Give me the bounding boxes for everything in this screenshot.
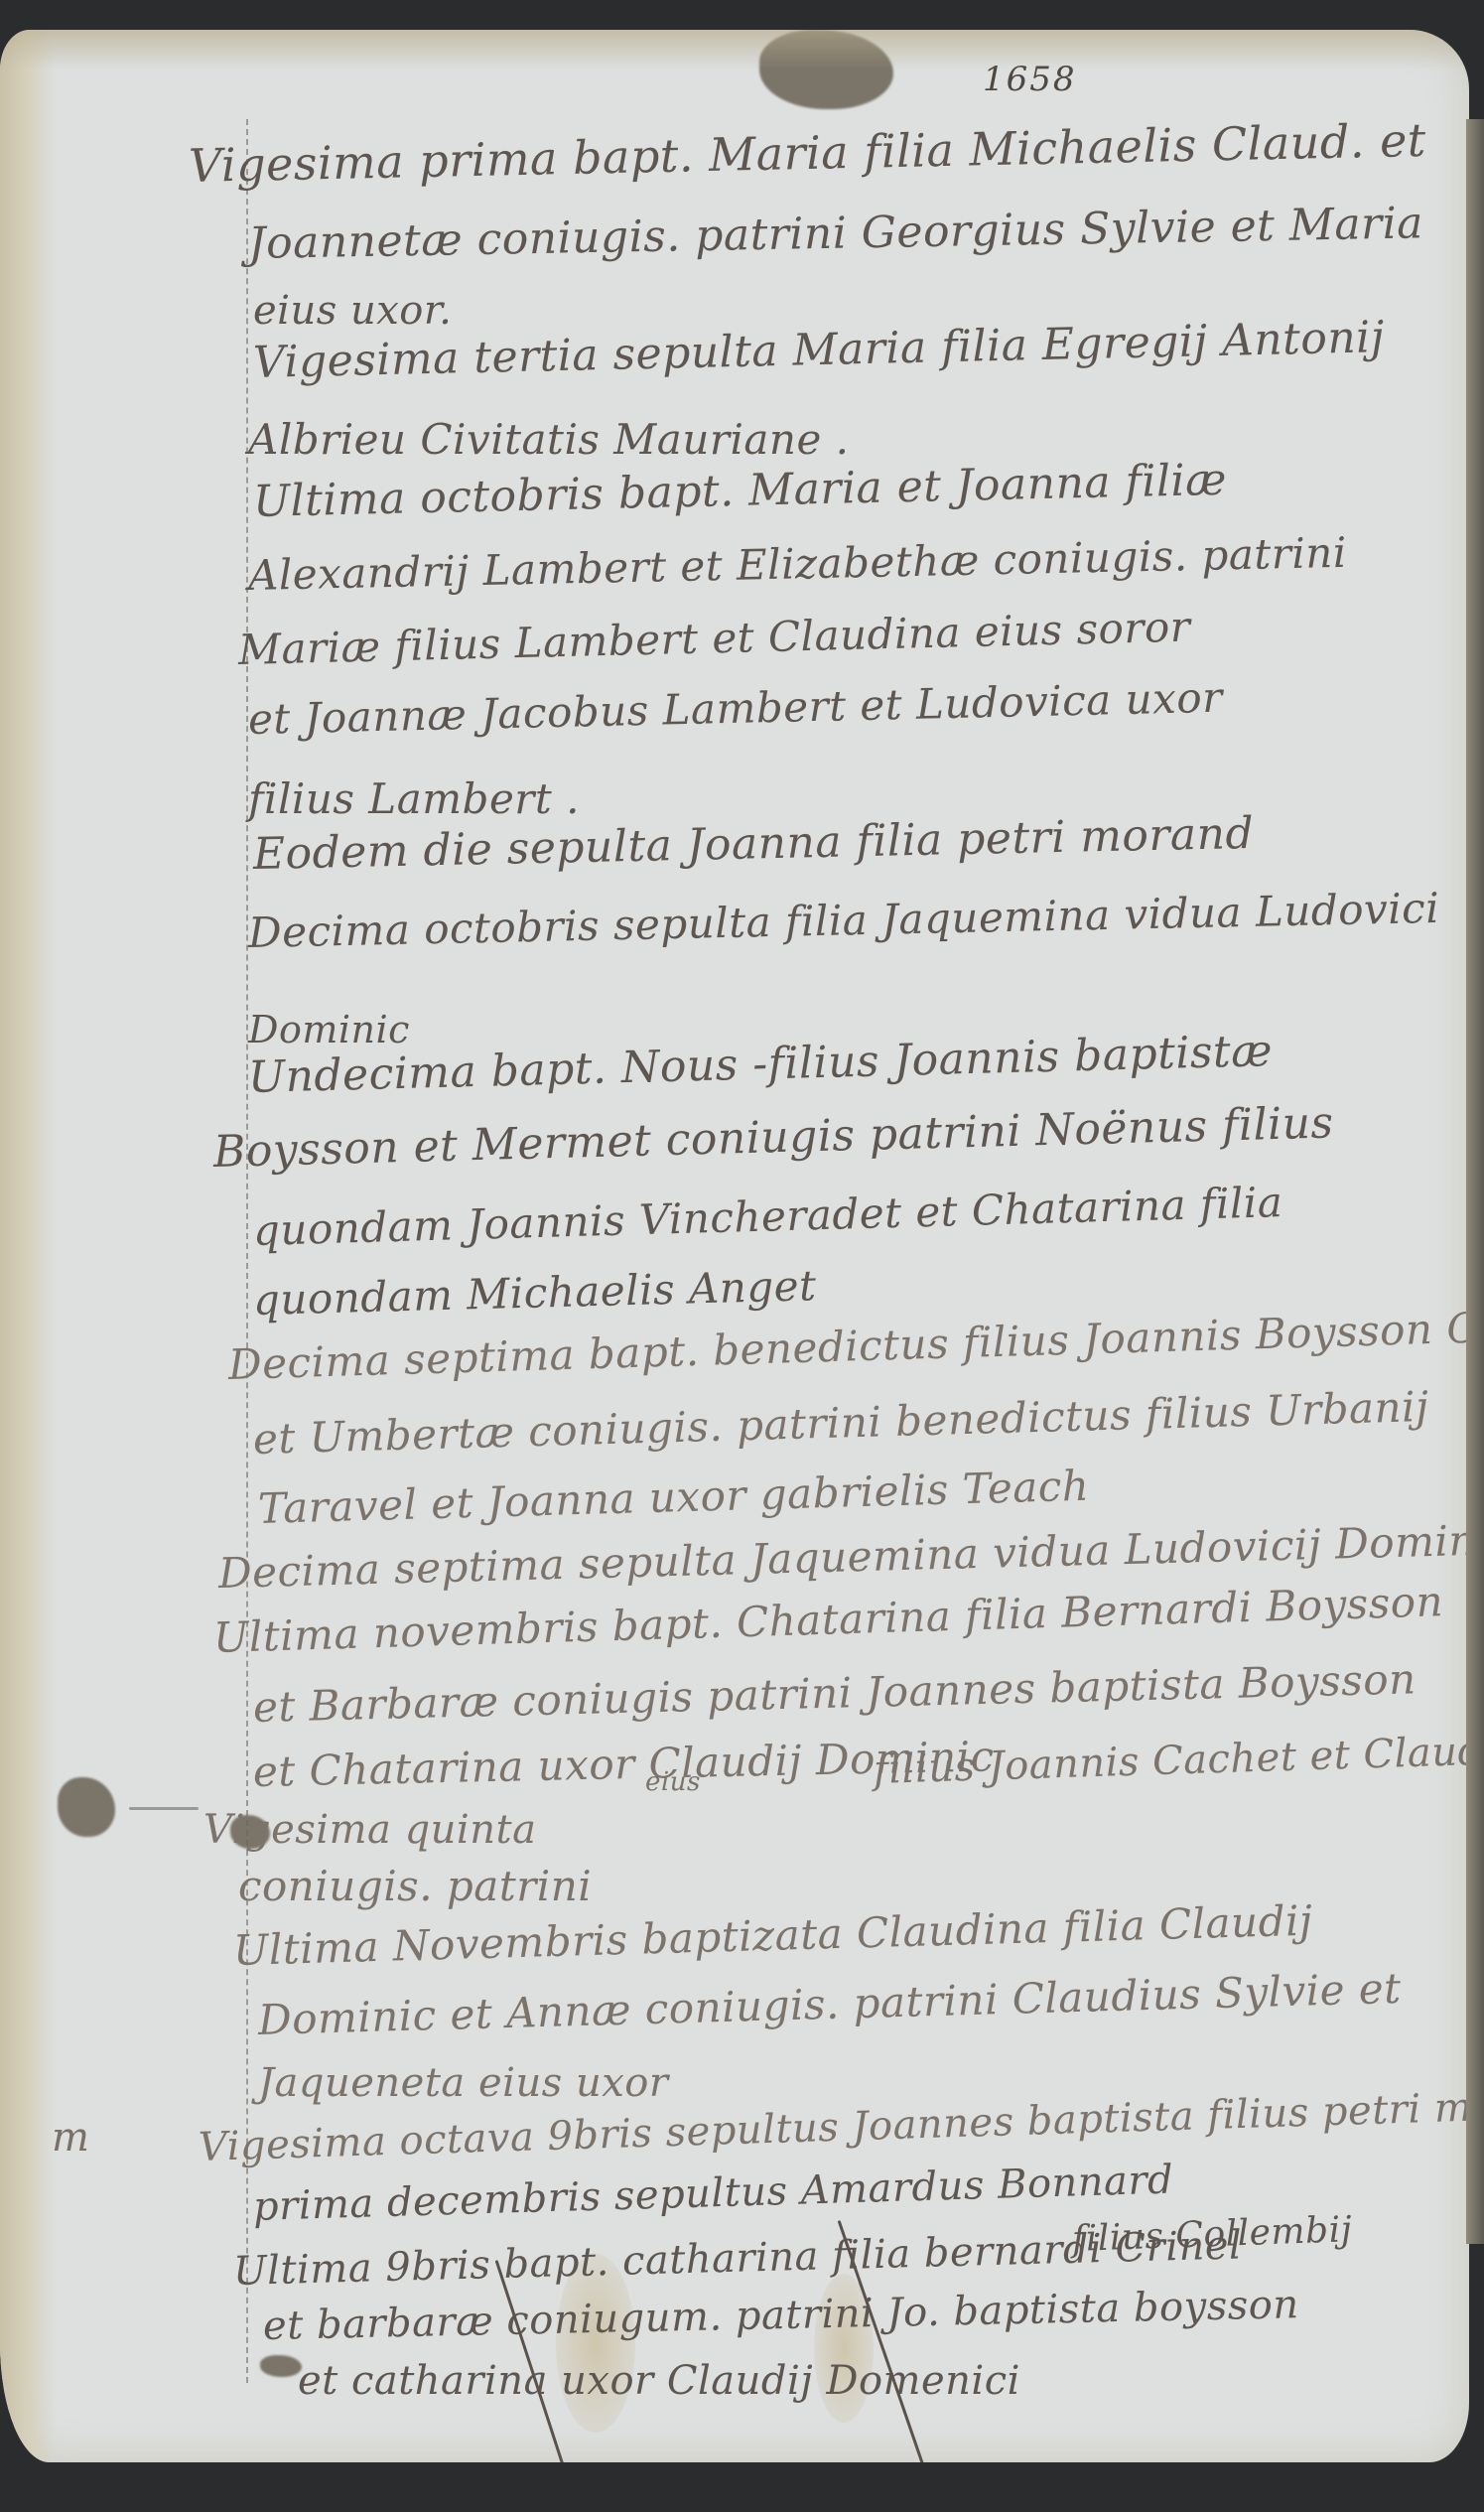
entry-line: Boysson et Mermet coniugis patrini Noënu… (212, 1097, 1334, 1178)
entry-line: quondam Michaelis Anget (252, 1261, 817, 1325)
ink-blot-margin (58, 1777, 115, 1837)
entry-line: Jaqueneta eius uxor (258, 2060, 668, 2106)
scanned-register-page: 1658 m Vigesima prima bapt. Maria filia … (0, 0, 1484, 2512)
entry-line: filius Lambert . (248, 774, 580, 823)
entry-line: quondam Joannis Vincheradet et Chatarina… (252, 1178, 1283, 1255)
entry-line: Dominic et Annæ coniugis. patrini Claudi… (257, 1964, 1402, 2044)
margin-pointer-stroke (129, 1807, 199, 1810)
entry-line: et catharina uxor Claudij Domenici (298, 2358, 1020, 2404)
entry-line: eius uxor. (253, 288, 452, 334)
margin-initials: m (52, 2115, 89, 2161)
entry-line: Dominic (248, 1008, 410, 1051)
entry-line: Taravel et Joanna uxor gabrielis Teach (257, 1462, 1090, 1533)
entry-line: Mariæ filius Lambert et Claudina eius so… (237, 603, 1190, 674)
paper-sheet: 1658 m Vigesima prima bapt. Maria filia … (0, 30, 1469, 2462)
entry-line: et barbaræ coniugum. patrini Jo. baptist… (263, 2282, 1300, 2349)
entry-line: et Joannæ Jacobus Lambert et Ludovica ux… (247, 673, 1223, 744)
year-header: 1658 (983, 60, 1077, 99)
entry-insert: filius Collembij (1071, 2209, 1353, 2260)
entry-line: Ultima octobris bapt. Maria et Joanna fi… (252, 455, 1227, 527)
entry-line: Decima octobris sepulta filia Jaquemina … (247, 884, 1439, 957)
entry-line: et Umbertæ coniugis. patrini benedictus … (252, 1382, 1429, 1464)
entry-line: Vigesima prima bapt. Maria filia Michael… (188, 113, 1426, 193)
book-binding-edge (1466, 119, 1484, 2244)
entry-superscript: eius (645, 1767, 701, 1797)
entry-line: coniugis. patrini (238, 1862, 592, 1910)
entry-line: et Barbaræ coniugis patrini Joannes bapt… (252, 1654, 1417, 1732)
entry-line: Joannetæ coniugis. patrini Georgius Sylv… (248, 198, 1424, 269)
ink-blot-top (759, 30, 893, 109)
entry-line: Albrieu Civitatis Mauriane . (248, 415, 850, 464)
entry-line: prima decembris sepultus Amardus Bonnard (252, 2157, 1173, 2229)
entry-line: Alexandrij Lambert et Elizabethæ coniugi… (247, 528, 1347, 600)
entry-line: Vigesima quinta (203, 1807, 536, 1853)
ink-blot-small (260, 2355, 302, 2377)
